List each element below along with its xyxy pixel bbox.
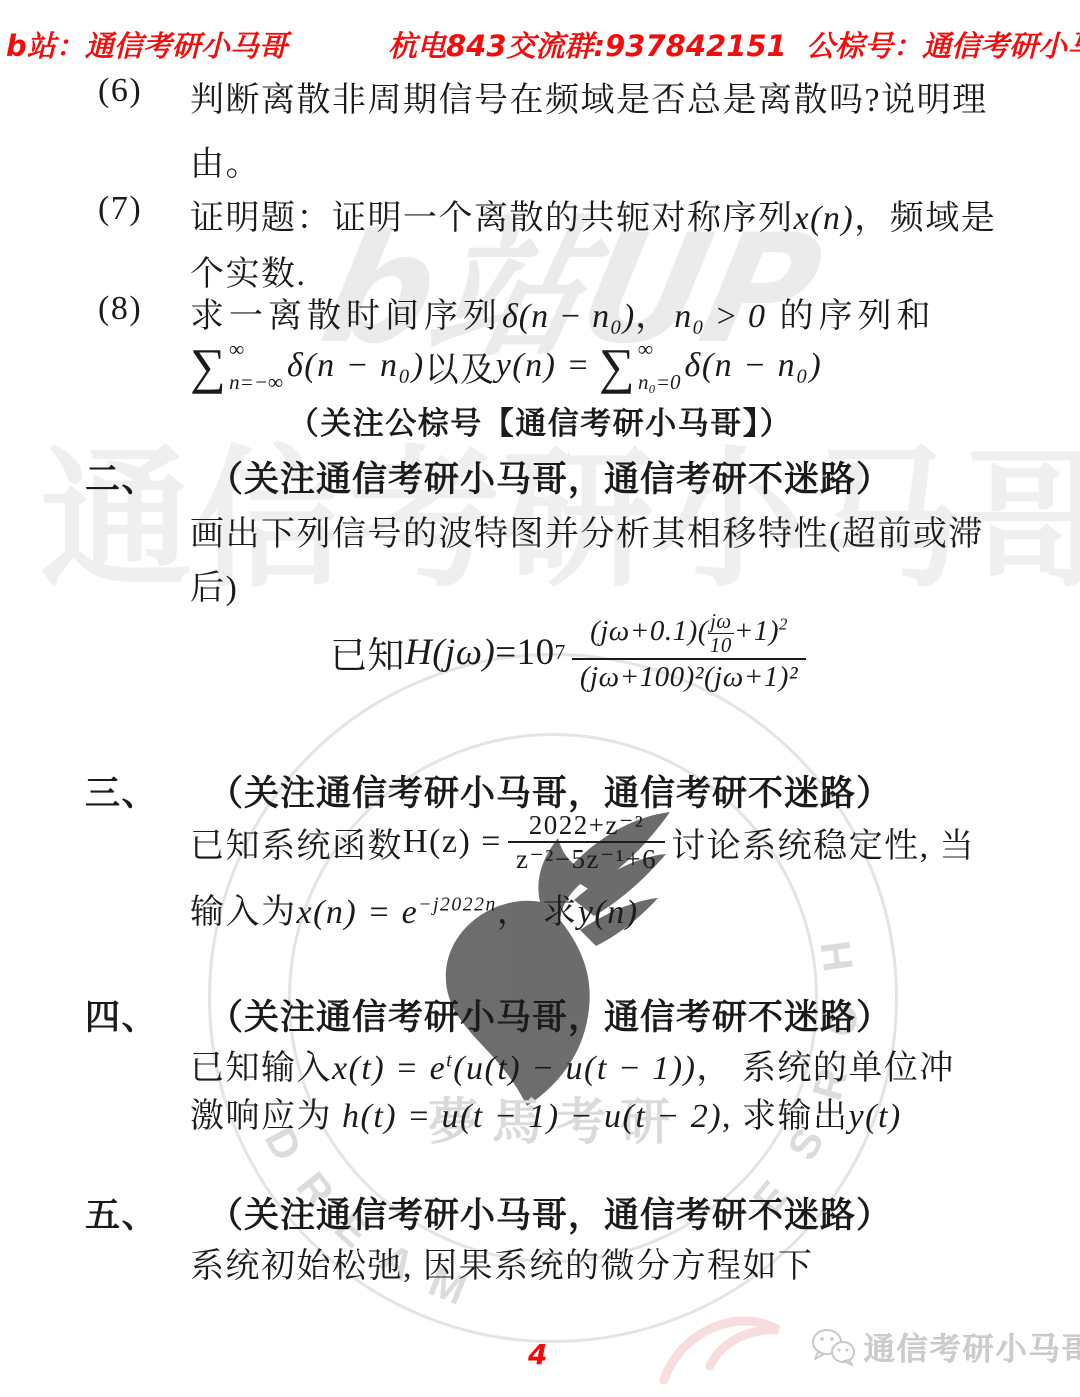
section-3-line2: 输入为x(n) = e−j2022n， 求y(n): [190, 884, 639, 933]
section-4-line2: 激响应为 h(t) = u(t − 1) − u(t − 2), 求输出y(t): [190, 1088, 902, 1137]
section-3-number: 三、: [85, 766, 158, 816]
document-page: b站UP 通信考研小马哥 D R E A M H O R S E 夢馬考研 b站…: [0, 0, 1080, 1397]
section-4-text-end: ， 系统的单位冲: [696, 1050, 955, 1087]
question-8-line2: ∑ ∞n=−∞ δ(n − n₀) 以及 y(n) = ∑ ∞n₀=0 δ(n …: [190, 336, 822, 396]
sum2-upper: ∞: [638, 339, 680, 360]
section-4-line1: 已知输入x(t) = et(u(t) − u(t − 1))， 系统的单位冲: [190, 1040, 955, 1089]
question-8-number: (8): [98, 290, 142, 328]
mini-denominator: 10: [708, 634, 734, 656]
section-5-number: 五、: [85, 1188, 158, 1238]
fraction-numerator: (jω+0.1)(jω10+1)2: [572, 611, 806, 660]
sigma-symbol: ∑: [599, 344, 636, 389]
question-7-text-end: ，频域是: [854, 200, 996, 237]
section-4-heading: （关注通信考研小马哥，通信考研不迷路）: [208, 990, 892, 1040]
section-5-heading: （关注通信考研小马哥，通信考研不迷路）: [208, 1188, 892, 1238]
section-5-line1: 系统初始松弛, 因果系统的微分方程如下: [190, 1238, 814, 1287]
section-3-text: 已知系统函数: [190, 818, 403, 867]
seek-label: ， 求: [497, 894, 578, 931]
math-yt: y(t): [849, 1098, 902, 1135]
math-xn: x(n): [794, 200, 855, 237]
question-8-text-end: 的序列和: [766, 298, 936, 335]
header-wechat-text: 公棕号：通信考研小马哥: [806, 24, 1080, 65]
seek-output-label: , 求输出: [722, 1098, 849, 1135]
math-xt: x(t) = e: [332, 1050, 446, 1087]
sum1-upper: ∞: [229, 339, 283, 360]
input-label: 输入为: [190, 894, 297, 931]
comma: ，: [635, 298, 674, 335]
numerator-part1: (jω+0.1)(: [590, 615, 708, 647]
mini-fraction: jω10: [708, 611, 734, 656]
formula-known-label: 已知: [330, 625, 405, 679]
red-swirl-mark: [652, 1288, 802, 1397]
math-xn-exp: x(n) = e: [297, 894, 419, 931]
page-number: 4: [528, 1338, 549, 1371]
question-8-text: 求一离散时间序列: [190, 298, 502, 335]
question-7-line1: 证明题：证明一个离散的共轭对称序列x(n)，频域是: [190, 190, 996, 239]
summation-1: ∑ ∞n=−∞: [190, 339, 283, 393]
section-2-number: 二、: [85, 452, 158, 502]
header-bilibili-text: b站：通信考研小马哥: [6, 24, 288, 65]
exponent-j2022n: −j2022n: [418, 894, 497, 916]
fraction-denominator: (jω+100)²(jω+1)²: [572, 660, 806, 692]
section-3-line1: 已知系统函数 H(z) = 2022+z⁻² z⁻²−5z⁻¹+6 讨论系统稳定…: [190, 798, 975, 886]
math-yn: y(n): [578, 894, 639, 931]
Hz-denominator: z⁻²−5z⁻¹+6: [508, 843, 665, 873]
known-input-label: 已知输入: [190, 1050, 332, 1087]
sum1-lower: n=−∞: [229, 372, 283, 393]
numerator-part2: +1): [734, 615, 779, 647]
header-group-text: 杭电843交流群:937842151: [388, 24, 787, 65]
question-7-number: (7): [98, 190, 142, 228]
math-ut-terms: (u(t) − u(t − 1)): [453, 1050, 696, 1087]
bode-formula: 已知H(jω) = 107 (jω+0.1)(jω10+1)2 (jω+100)…: [330, 598, 812, 706]
Hz-numerator: 2022+z⁻²: [508, 811, 665, 843]
math-yn-eq: y(n) =: [496, 347, 591, 385]
impulse-label: 激响应为: [190, 1098, 342, 1135]
question-6-line1: 判断离散非周期信号在频域是否总是离散吗?说明理: [190, 72, 988, 121]
section-2-line2: 后): [190, 560, 238, 609]
Hz-fraction: 2022+z⁻² z⁻²−5z⁻¹+6: [508, 811, 665, 874]
section-2-heading: （关注通信考研小马哥，通信考研不迷路）: [208, 452, 892, 502]
math-n0-positive: n₀ > 0: [674, 298, 766, 335]
math-delta-seq: δ(n − n₀): [502, 298, 635, 335]
numerator-exponent: 2: [779, 615, 788, 634]
section-3-text-end: 讨论系统稳定性, 当: [671, 818, 975, 867]
sum2-lower: n₀=0: [638, 372, 680, 393]
sigma-symbol: ∑: [190, 344, 227, 389]
math-delta-term2: δ(n − n₀): [685, 347, 823, 385]
question-6-number: (6): [98, 72, 142, 110]
question-6-line2: 由。: [190, 136, 261, 185]
math-ht: h(t) = u(t − 1) − u(t − 2): [342, 1098, 722, 1135]
wechat-icon: [810, 1328, 856, 1366]
brand-text: 通信考研小马哥: [864, 1324, 1080, 1369]
main-fraction: (jω+0.1)(jω10+1)2 (jω+100)²(jω+1)²: [572, 611, 806, 692]
section-4-number: 四、: [85, 990, 158, 1040]
base-10: 10: [517, 631, 555, 674]
brand-logo: 通信考研小马哥: [810, 1324, 1080, 1369]
summation-2: ∑ ∞n₀=0: [599, 339, 681, 393]
section-2-line1: 画出下列信号的波特图并分析其相移特性(超前或滞: [190, 506, 984, 555]
follow-note-center: （关注公棕号【通信考研小马哥】）: [0, 398, 1080, 443]
equals: =: [495, 631, 516, 674]
mini-numerator: jω: [708, 611, 734, 634]
math-delta-term1: δ(n − n₀): [287, 347, 425, 385]
question-7-text: 证明题：证明一个离散的共轭对称序列: [190, 200, 794, 237]
yiji-text: 以及: [425, 342, 496, 391]
question-8-line1: 求一离散时间序列δ(n − n₀)，n₀ > 0 的序列和: [190, 288, 935, 337]
math-H-jw: H(jω): [405, 631, 495, 674]
math-Hz: H(z) =: [403, 823, 502, 861]
